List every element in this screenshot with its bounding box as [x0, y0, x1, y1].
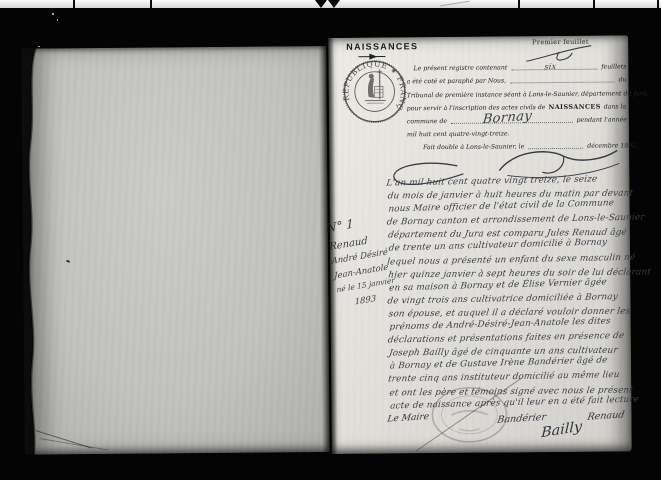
printed-text: mil huit cent quatre-vingt-treize. — [407, 131, 510, 139]
right-page-act: NAISSANCES Premier feuillet RÉPUBLIQUE ⁕… — [328, 35, 632, 454]
left-page-blank — [26, 46, 330, 455]
ruler-tick — [73, 0, 75, 8]
printed-text: feuillets — [601, 64, 626, 71]
corner-crease — [30, 426, 120, 455]
printed-text: dans la — [604, 103, 627, 110]
seal-figure — [365, 70, 386, 103]
printed-line: Tribunal de première instance séant à Lo… — [407, 84, 627, 99]
signature-father: Renaud — [586, 409, 625, 422]
ruler-tick — [518, 0, 520, 8]
dotted-blank: Bornay — [451, 114, 573, 124]
page-title: NAISSANCES — [346, 41, 418, 52]
printed-text: pendant l'année — [577, 116, 627, 123]
microfilm-frame: NAISSANCES Premier feuillet RÉPUBLIQUE ⁕… — [0, 0, 661, 480]
page-edge-wavy — [21, 49, 43, 455]
printed-text: Le présent registre contenant — [413, 65, 507, 73]
printed-strong-word: NAISSANCES — [548, 102, 600, 110]
register-book: NAISSANCES Premier feuillet RÉPUBLIQUE ⁕… — [24, 35, 634, 458]
printed-text: commune de — [407, 118, 447, 125]
dotted-blank — [510, 74, 615, 84]
ruler-tick — [593, 0, 595, 8]
printed-line: commune deBornaypendant l'année — [407, 110, 627, 125]
signature-witness-1: Bandérier — [496, 412, 546, 426]
printed-declaration-block: Le présent registre contenantsixfeuillet… — [406, 57, 627, 151]
ink-speck — [66, 260, 70, 263]
ruler-pointer — [328, 0, 340, 8]
printed-text: a été coté et paraphé par Nous, — [407, 78, 507, 86]
tally-flourish — [523, 43, 595, 66]
ruler-tick — [150, 0, 152, 8]
signature-mayor: Le Maire — [387, 412, 430, 425]
republique-francaise-seal: RÉPUBLIQUE ⁕ FRANÇAISE — [342, 59, 407, 124]
ruler-tick — [657, 0, 659, 8]
seal-legend: RÉPUBLIQUE ⁕ FRANÇAISE — [342, 59, 407, 112]
svg-text:RÉPUBLIQUE ⁕ FRANÇAISE: RÉPUBLIQUE ⁕ FRANÇAISE — [342, 59, 407, 112]
dust-speck — [52, 13, 54, 15]
signature-witness-2: Bailly — [541, 419, 582, 441]
act-body: L'an mil huit cent quatre vingt treize, … — [385, 175, 629, 413]
dust-speck — [57, 19, 58, 21]
microfilm-ruler — [0, 0, 661, 8]
printed-text: du — [619, 77, 627, 84]
pencil-mark — [440, 1, 470, 7]
ruler-pointer — [315, 0, 327, 8]
